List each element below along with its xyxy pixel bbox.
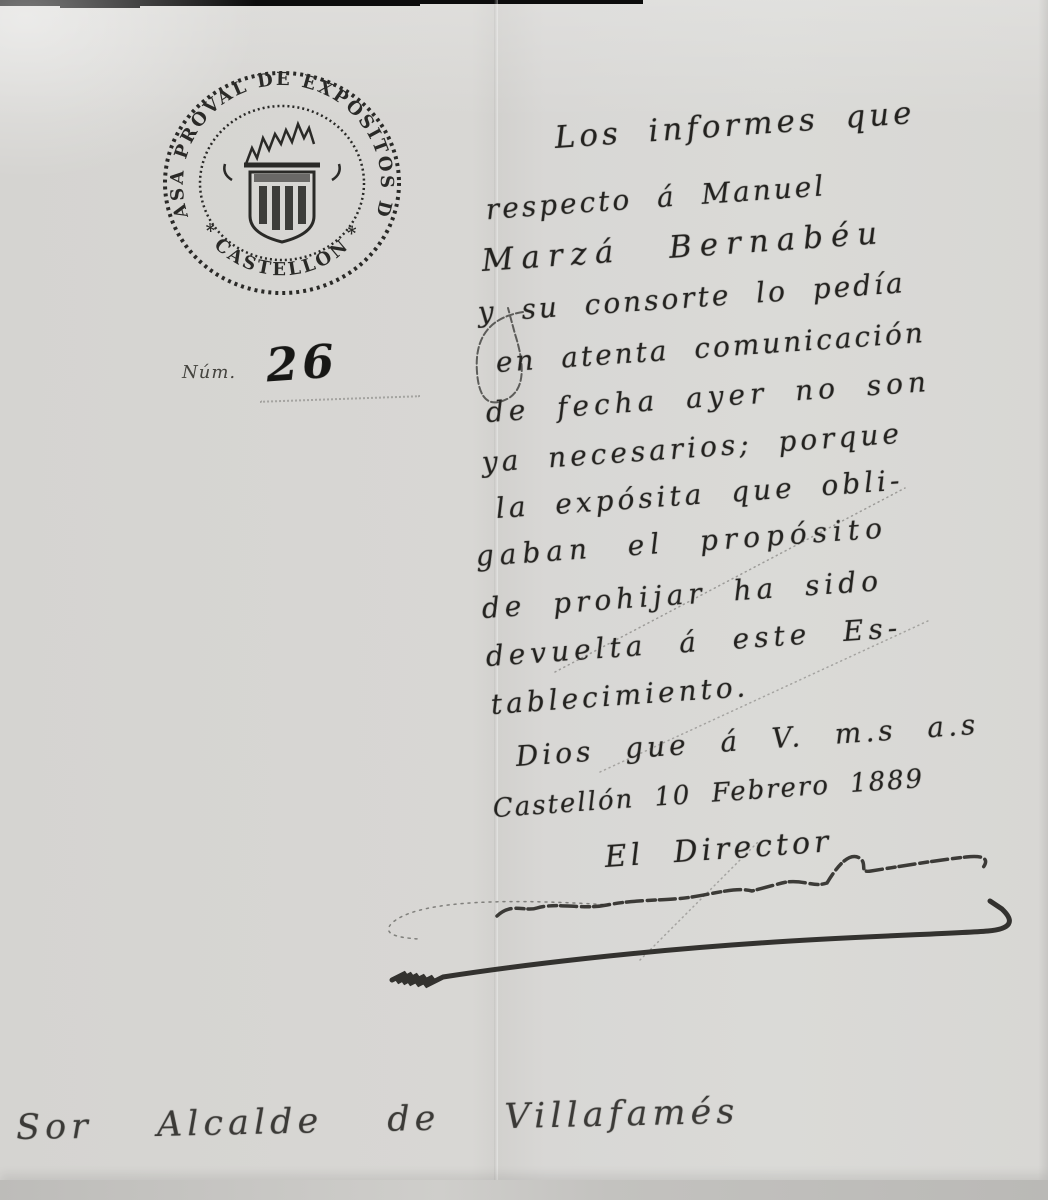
letter-line: Los informes que — [553, 95, 916, 156]
number-label: Núm. — [182, 362, 236, 383]
letter-line: Dios gue á V. m.s a.s — [515, 708, 981, 773]
scanned-letter-page: CASA PROVAL DE EXPOSITOS DE * CASTELLON … — [0, 0, 1048, 1200]
institution-seal: CASA PROVAL DE EXPOSITOS DE * CASTELLON … — [158, 68, 406, 298]
paper-bottom-edge — [0, 1180, 1048, 1200]
seal-ring-text-bottom: * CASTELLON * — [196, 220, 368, 281]
seal-ring-text-bottom-wrap: * CASTELLON * — [196, 220, 368, 281]
signature-oval-flourish — [389, 902, 611, 939]
letter-date-line: Castellón 10 Febrero 1889 — [492, 764, 925, 824]
letter-line: y su consorte lo pedía — [477, 266, 907, 329]
number-value-handwritten: 26 — [264, 334, 340, 393]
letter-closing-role: El Director — [604, 824, 834, 875]
signature-underline-flourish — [392, 901, 1009, 986]
scan-edge-artifact — [418, 0, 643, 4]
letter-line: tablecimiento. — [490, 670, 750, 721]
seal-shield-icon — [250, 172, 314, 242]
number-underline — [260, 395, 420, 403]
letter-line: respecto á Manuel — [485, 169, 828, 226]
letter-line: Marzá Bernabéu — [480, 215, 886, 279]
paper-edge-shadow — [1038, 0, 1048, 1200]
addressee-line: Sor Alcalde de Villafamés — [16, 1092, 740, 1148]
